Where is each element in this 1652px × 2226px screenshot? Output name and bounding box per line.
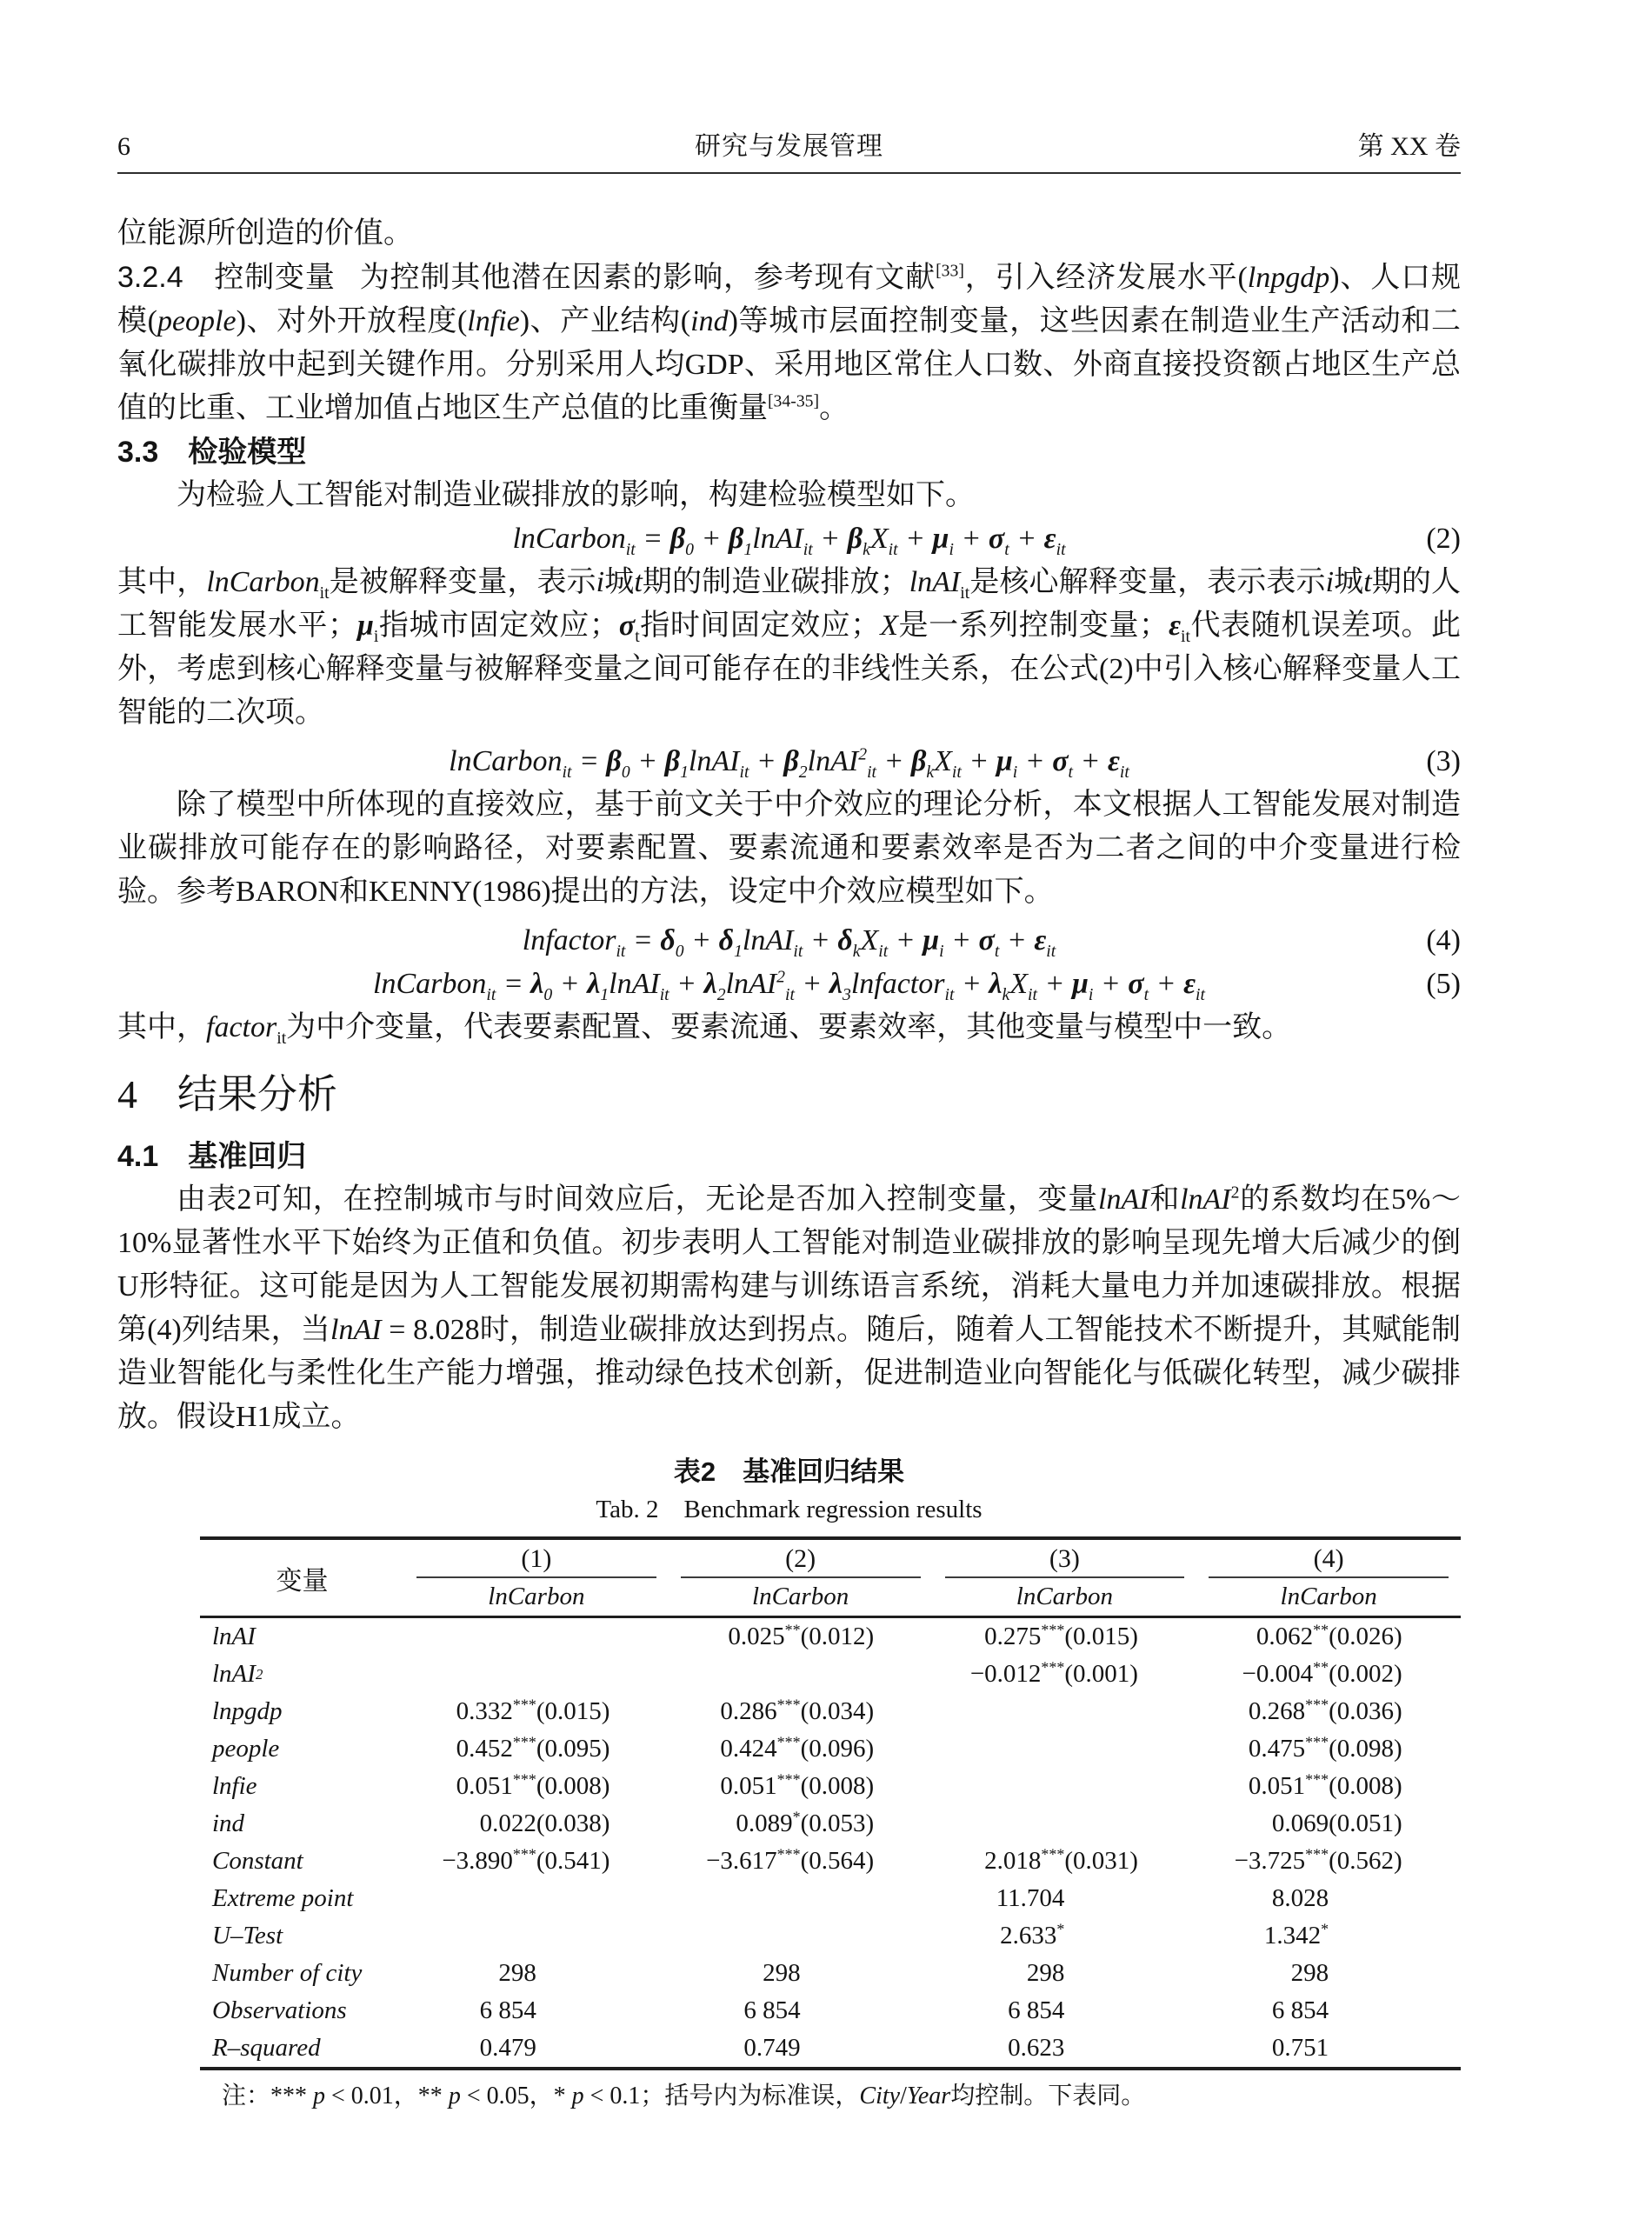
cell-extreme-point-col1 [404, 1880, 669, 1917]
row-label-lnai: lnAI [200, 1618, 404, 1656]
cell-u-test-col4: 1.342* [1196, 1917, 1461, 1955]
cell-r-squared-col1: 0.479 [404, 2029, 669, 2067]
column-1-label: (1) [404, 1540, 669, 1578]
paper-page: 6 研究与发展管理 第 XX 卷 位能源所创造的价值。 3.2.4 控制变量为控… [0, 0, 1652, 2226]
equation-4-number: (4) [1426, 919, 1461, 963]
cell-r-squared-col2: 0.749 [669, 2029, 933, 2067]
paragraph-control-variables: 3.2.4 控制变量为控制其他潜在因素的影响，参考现有文献[33]，引入经济发展… [117, 256, 1461, 430]
row-label-lnfie: lnfie [200, 1768, 404, 1805]
equation-2-formula: lnCarbonit = β0 + β1lnAIit + βkXit + μi … [117, 517, 1461, 561]
cell-extreme-point-col3: 11.704 [933, 1880, 1197, 1917]
cell-lnfie-col1: 0.051***(0.008) [404, 1768, 669, 1805]
cell-extreme-point-col2 [669, 1880, 933, 1917]
paragraph-mediation: 除了模型中所体现的直接效应，基于前文关于中介效应的理论分析，本文根据人工智能发展… [117, 783, 1461, 914]
column-4-label: (4) [1196, 1540, 1461, 1578]
row-label-lnpgdp: lnpgdp [200, 1693, 404, 1730]
equation-5-formula: lnCarbonit = λ0 + λ1lnAIit + λ2lnAI2it +… [117, 963, 1461, 1006]
row-label-u-test: U–Test [200, 1917, 404, 1955]
cell-lnpgdp-col4: 0.268***(0.036) [1196, 1693, 1461, 1730]
cell-people-col3 [933, 1730, 1197, 1768]
page-content: 位能源所创造的价值。 3.2.4 控制变量为控制其他潜在因素的影响，参考现有文献… [117, 212, 1461, 2112]
cell-constant-col2: −3.617***(0.564) [669, 1843, 933, 1880]
cell-number-of-city-col4: 298 [1196, 1955, 1461, 1992]
table-header-col-4: (4) lnCarbon [1196, 1540, 1461, 1616]
equation-3-number: (3) [1426, 740, 1461, 783]
cell-ind-col2: 0.089*(0.053) [669, 1805, 933, 1843]
cell-r-squared-col4: 0.751 [1196, 2029, 1461, 2067]
column-3-label: (3) [933, 1540, 1197, 1578]
cell-observations-col1: 6 854 [404, 1992, 669, 2029]
cell-lnfie-col2: 0.051***(0.008) [669, 1768, 933, 1805]
section-3-3-heading: 3.3 检验模型 [117, 430, 1461, 474]
column-3-depvar: lnCarbon [933, 1578, 1197, 1616]
cell-r-squared-col3: 0.623 [933, 2029, 1197, 2067]
cell-lnai-col3: 0.275***(0.015) [933, 1618, 1197, 1656]
cell-lnai-2-col2 [669, 1656, 933, 1693]
table-body: lnAI0.025**(0.012)0.275***(0.015)0.062**… [200, 1618, 1461, 2070]
cell-lnpgdp-col2: 0.286***(0.034) [669, 1693, 933, 1730]
paragraph-carryover: 位能源所创造的价值。 [117, 212, 1461, 256]
column-2-label: (2) [669, 1540, 933, 1578]
cell-number-of-city-col3: 298 [933, 1955, 1197, 1992]
cell-lnfie-col4: 0.051***(0.008) [1196, 1768, 1461, 1805]
row-label-number-of-city: Number of city [200, 1955, 404, 1992]
cell-lnai-2-col1 [404, 1656, 669, 1693]
page-number: 6 [117, 132, 695, 162]
cell-ind-col4: 0.069(0.051) [1196, 1805, 1461, 1843]
equation-5: lnCarbonit = λ0 + λ1lnAIit + λ2lnAI2it +… [117, 963, 1461, 1006]
cell-constant-col4: −3.725***(0.562) [1196, 1843, 1461, 1880]
table-header-variable: 变量 [200, 1540, 404, 1616]
cell-observations-col4: 6 854 [1196, 1992, 1461, 2029]
cell-people-col1: 0.452***(0.095) [404, 1730, 669, 1768]
cell-lnai-2-col4: −0.004**(0.002) [1196, 1656, 1461, 1693]
table-title-cn: 表2 基准回归结果 [117, 1453, 1461, 1491]
journal-name: 研究与发展管理 [695, 132, 883, 162]
regression-table: 变量 (1) lnCarbon (2) lnCarbon (3) lnCarbo… [200, 1536, 1461, 2070]
cell-people-col4: 0.475***(0.098) [1196, 1730, 1461, 1768]
cell-lnpgdp-col1: 0.332***(0.015) [404, 1693, 669, 1730]
table-header-col-2: (2) lnCarbon [669, 1540, 933, 1616]
table-note: 注：*** p < 0.01，** p < 0.05，* p < 0.1；括号内… [222, 2081, 1461, 2112]
cell-u-test-col1 [404, 1917, 669, 1955]
cell-lnpgdp-col3 [933, 1693, 1197, 1730]
cell-observations-col2: 6 854 [669, 1992, 933, 2029]
cell-constant-col3: 2.018***(0.031) [933, 1843, 1197, 1880]
cell-lnfie-col3 [933, 1768, 1197, 1805]
volume-label: 第 XX 卷 [883, 132, 1461, 162]
cell-u-test-col3: 2.633* [933, 1917, 1197, 1955]
cell-number-of-city-col2: 298 [669, 1955, 933, 1992]
column-2-depvar: lnCarbon [669, 1578, 933, 1616]
cell-observations-col3: 6 854 [933, 1992, 1197, 2029]
row-label-ind: ind [200, 1805, 404, 1843]
section-4-1-heading: 4.1 基准回归 [117, 1135, 1461, 1178]
equation-2-number: (2) [1426, 517, 1461, 561]
row-label-people: people [200, 1730, 404, 1768]
equation-3: lnCarbonit = β0 + β1lnAIit + β2lnAI2it +… [117, 740, 1461, 783]
table-title-en: Tab. 2 Benchmark regression results [117, 1491, 1461, 1528]
row-label-lnai-2: lnAI2 [200, 1656, 404, 1693]
paragraph-eq2-explanation: 其中，lnCarbonit是被解释变量，表示i城t期的制造业碳排放；lnAIit… [117, 561, 1461, 735]
cell-lnai-col4: 0.062**(0.026) [1196, 1618, 1461, 1656]
column-1-depvar: lnCarbon [404, 1578, 669, 1616]
cell-ind-col3 [933, 1805, 1197, 1843]
column-4-depvar: lnCarbon [1196, 1578, 1461, 1616]
equation-4: lnfactorit = δ0 + δ1lnAIit + δkXit + μi … [117, 919, 1461, 963]
cell-extreme-point-col4: 8.028 [1196, 1880, 1461, 1917]
paragraph-benchmark-results: 由表2可知，在控制城市与时间效应后，无论是否加入控制变量，变量lnAI和lnAI… [117, 1178, 1461, 1439]
paragraph-factor-note: 其中，factorit为中介变量，代表要素配置、要素流通、要素效率，其他变量与模… [117, 1006, 1461, 1050]
cell-u-test-col2 [669, 1917, 933, 1955]
row-label-extreme-point: Extreme point [200, 1880, 404, 1917]
equation-2: lnCarbonit = β0 + β1lnAIit + βkXit + μi … [117, 517, 1461, 561]
paragraph-model-intro: 为检验人工智能对制造业碳排放的影响，构建检验模型如下。 [117, 474, 1461, 517]
equation-3-formula: lnCarbonit = β0 + β1lnAIit + β2lnAI2it +… [117, 740, 1461, 783]
cell-lnai-col2: 0.025**(0.012) [669, 1618, 933, 1656]
cell-lnai-col1 [404, 1618, 669, 1656]
page-header: 6 研究与发展管理 第 XX 卷 [117, 132, 1461, 174]
section-3-2-4-heading: 3.2.4 控制变量 [117, 261, 336, 294]
equation-5-number: (5) [1426, 963, 1461, 1006]
cell-ind-col1: 0.022(0.038) [404, 1805, 669, 1843]
cell-constant-col1: −3.890***(0.541) [404, 1843, 669, 1880]
row-label-observations: Observations [200, 1992, 404, 2029]
row-label-constant: Constant [200, 1843, 404, 1880]
table-header-col-1: (1) lnCarbon [404, 1540, 669, 1616]
equation-4-formula: lnfactorit = δ0 + δ1lnAIit + δkXit + μi … [117, 919, 1461, 963]
row-label-r-squared: R–squared [200, 2029, 404, 2067]
table-header: 变量 (1) lnCarbon (2) lnCarbon (3) lnCarbo… [200, 1536, 1461, 1618]
cell-number-of-city-col1: 298 [404, 1955, 669, 1992]
section-4-heading: 4 结果分析 [117, 1069, 1461, 1121]
cell-people-col2: 0.424***(0.096) [669, 1730, 933, 1768]
cell-lnai-2-col3: −0.012***(0.001) [933, 1656, 1197, 1693]
table-header-col-3: (3) lnCarbon [933, 1540, 1197, 1616]
